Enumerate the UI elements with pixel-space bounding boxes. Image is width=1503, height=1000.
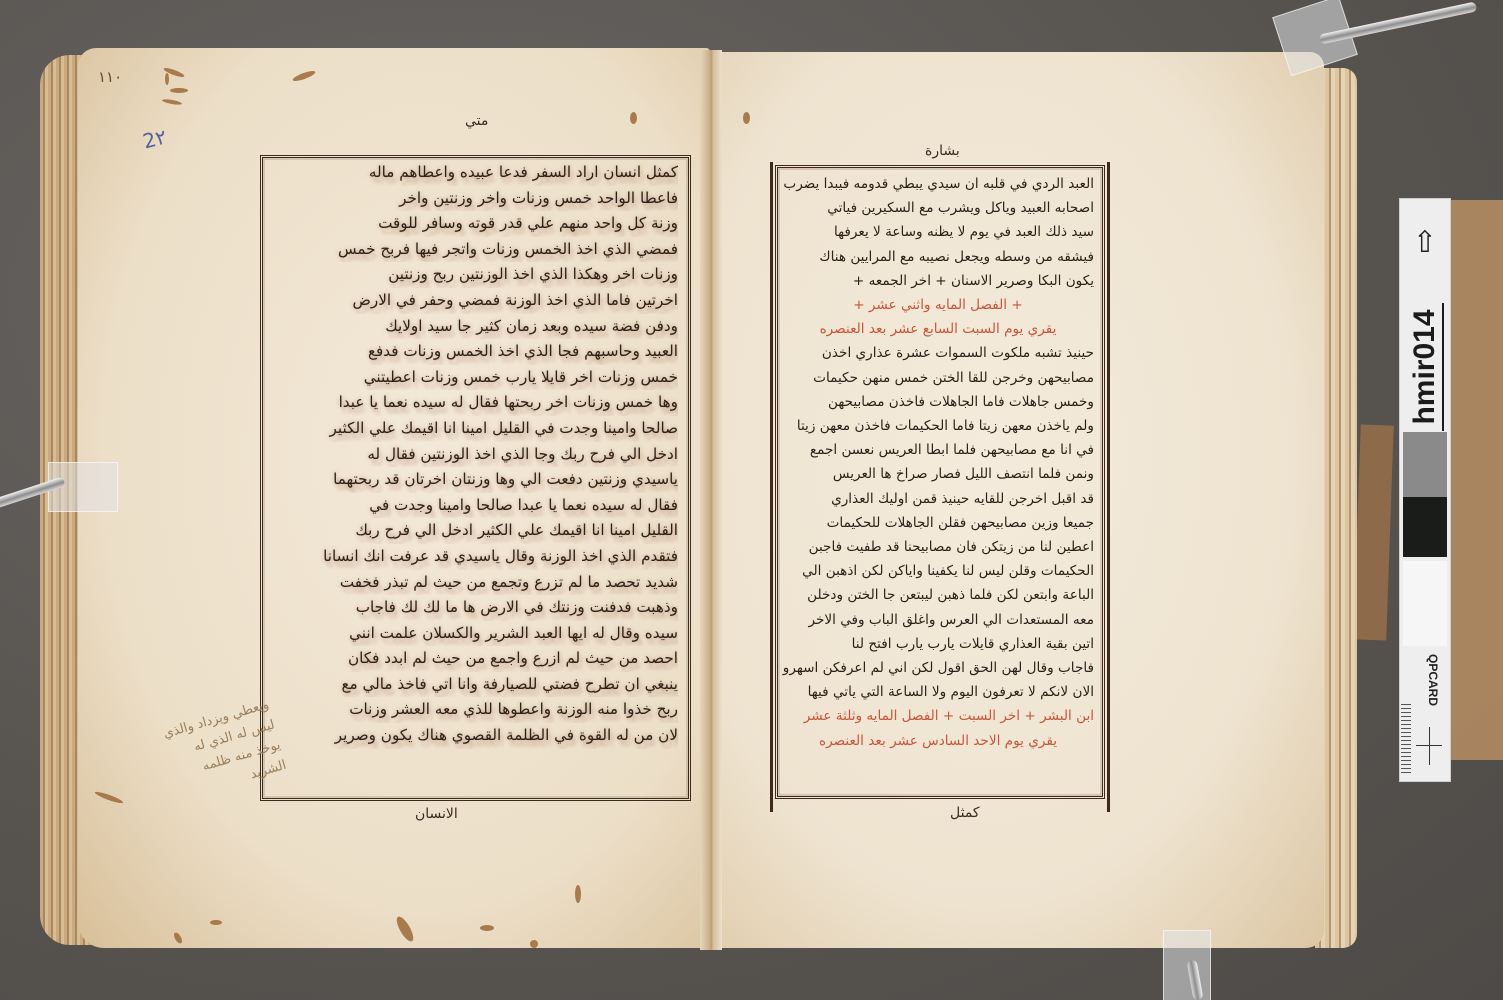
text-line: وزنات اخر وهكذا الذي اخذ الوزنتين ربح وز… (268, 262, 678, 288)
text-line: حينيذ تشبه ملكوت السموات عشرة عذاري اخذن (782, 341, 1094, 365)
text-line: ربح خذوا منه الوزنة واعطوها للذي معه الع… (268, 697, 678, 723)
text-line: معه المستعدات الي العرس واغلق الباب وفي … (782, 608, 1094, 632)
text-line: فيشقه من وسطه ويجعل نصيبه مع المرايين هن… (782, 245, 1094, 269)
folio-number-ink: ١١٠ (98, 68, 122, 86)
text-line: ولم ياخذن معهن زيتا فاما الحكيمات فاخذن … (782, 414, 1094, 438)
text-line: الباعة وابتعن لكن فلما ذهبن ليبتعن جا ال… (782, 583, 1094, 607)
card-identifier: hmir014 (1408, 303, 1444, 431)
text-line: في انا مع مصابيحهن فلما ابطا العريس نعسن… (782, 438, 1094, 462)
white-swatch (1403, 561, 1447, 646)
text-line: ونمن فلما انتصف الليل فصار صراخ ها العري… (782, 462, 1094, 486)
text-line: وها خمس وزنات اخر ربحتها فقال له سيده نع… (268, 390, 678, 416)
up-arrow-icon: ⇧ (1406, 223, 1444, 263)
text-line: العبيد وحاسبهم فجا الذي اخذ الخمس وزنات … (268, 339, 678, 365)
text-line: يكون البكا وصرير الاسنان + اخر الجمعه + (782, 269, 1094, 293)
card-brand-logo: QPCARD (1426, 654, 1440, 706)
crosshair-icon (1429, 727, 1430, 765)
text-line: ينبغي ان تطرح فضتي للصيارفة وانا اتي فاخ… (268, 672, 678, 698)
text-line: القليل امينا انا اقيمك علي الكثير ادخل ا… (268, 518, 678, 544)
left-page-running-header: متي (465, 113, 488, 129)
text-line: وذهبت فدفنت وزنتك في الارض ها ما لك لك ف… (268, 595, 678, 621)
rubric-heading: ابن البشر + اخر السبت + الفصل المايه وثل… (782, 704, 1094, 728)
text-line: صالحا وامينا وجدت في القليل امينا انا اق… (268, 416, 678, 442)
text-line: اخرتين فاما الذي اخذ الوزنة فمضي وحفر في… (268, 288, 678, 314)
text-line: خمس وزنات اخر قايلا يارب خمس وزنات اعطيت… (268, 365, 678, 391)
right-page-catchword: كمثل (950, 805, 980, 821)
text-line: مصابيحهن وخرجن للقا الختن خمس منهن حكيما… (782, 366, 1094, 390)
worm-damage (575, 885, 581, 903)
rubric-heading: + الفصل المايه واثني عشر + (782, 293, 1094, 317)
worm-damage (170, 88, 188, 93)
left-page-catchword: الانسان (415, 806, 458, 822)
text-line: قد اقبل اخرجن للقايه حينيذ قمن اوليك الع… (782, 487, 1094, 511)
text-line: فقال له سيده نعما يا عبدا صالحا وامينا و… (268, 493, 678, 519)
text-line: الان لانكم لا تعرفون اليوم ولا الساعة ال… (782, 680, 1094, 704)
text-line: فتقدم الذي اخذ الوزنة وقال ياسيدي قد عرف… (268, 544, 678, 570)
worm-damage (210, 920, 222, 925)
text-line: احصد من حيث لم ازرع واجمع من حيث لم ابدد… (268, 646, 678, 672)
text-line: كمثل انسان اراد السفر فدعا عبيده واعطاهم… (268, 160, 678, 186)
rubric-heading: يقري يوم الاحد السادس عشر بعد العنصره (782, 729, 1094, 753)
worm-damage (480, 925, 494, 931)
text-line: فاجاب وقال لهن الحق اقول لكن اني لم اعرف… (782, 656, 1094, 680)
gray-swatch (1403, 432, 1447, 497)
right-page-text: العبد الردي في قلبه ان سيدي يبطي قدومه ف… (782, 172, 1094, 782)
text-line: اصحابه العبيد وياكل ويشرب مع السكيرين في… (782, 196, 1094, 220)
text-line: سيده وقال له ايها العبد الشرير والكسلان … (268, 621, 678, 647)
text-line: فمضي الذي اخذ الخمس وزنات واتجر فيها فرب… (268, 237, 678, 263)
text-line: لان من له القوة في الظلمة القصوي هناك يك… (268, 723, 678, 749)
text-line: فاعطا الواحد خمس وزنات واخر وزنتين واخر (268, 186, 678, 212)
worm-damage (743, 112, 750, 124)
text-line: سيد ذلك العبد في يوم لا يظنه وساعة لا يع… (782, 220, 1094, 244)
text-line: ودفن فضة سيده وبعد زمان كثير جا سيد اولا… (268, 314, 678, 340)
rubric-heading: يقري يوم السبت السابع عشر بعد العنصره (782, 317, 1094, 341)
text-line: العبد الردي في قلبه ان سيدي يبطي قدومه ف… (782, 172, 1094, 196)
black-swatch (1403, 497, 1447, 557)
text-line: وزنة كل واحد منهم علي قدر قوته وسافر للو… (268, 211, 678, 237)
text-line: الحكيمات وقلن ليس لنا يكفينا واياكن لكن … (782, 559, 1094, 583)
text-line: جميعا وزين مصابيحهن فقلن الجاهلات للحكيم… (782, 511, 1094, 535)
text-line: ادخل الي فرح ربك وجا الذي اخذ الوزنتين ف… (268, 442, 678, 468)
book-gutter (700, 50, 722, 950)
text-line: اعطين لنا من زيتكن فان مصابيحنا قد طفيت … (782, 535, 1094, 559)
text-line: اتين بقية العذاري قايلات يارب يارب افتح … (782, 632, 1094, 656)
text-line: وخمس جاهلات فاما الجاهلات فاخذن مصابيحهن (782, 390, 1094, 414)
text-line: ياسيدي وزنتين دفعت الي وها وزنتان اخرتان… (268, 467, 678, 493)
right-page-running-header: بشارة (925, 143, 960, 159)
worm-damage (165, 73, 169, 85)
left-page-text: كمثل انسان اراد السفر فدعا عبيده واعطاهم… (268, 160, 678, 790)
color-reference-card: ⇧ hmir014 QPCARD (1399, 198, 1451, 782)
worm-damage (530, 940, 538, 948)
text-line: شديد تحصد ما لم تزرع وتجمع من حيث لم تبذ… (268, 570, 678, 596)
worm-damage (630, 112, 637, 124)
scale-ruler (1401, 704, 1411, 774)
